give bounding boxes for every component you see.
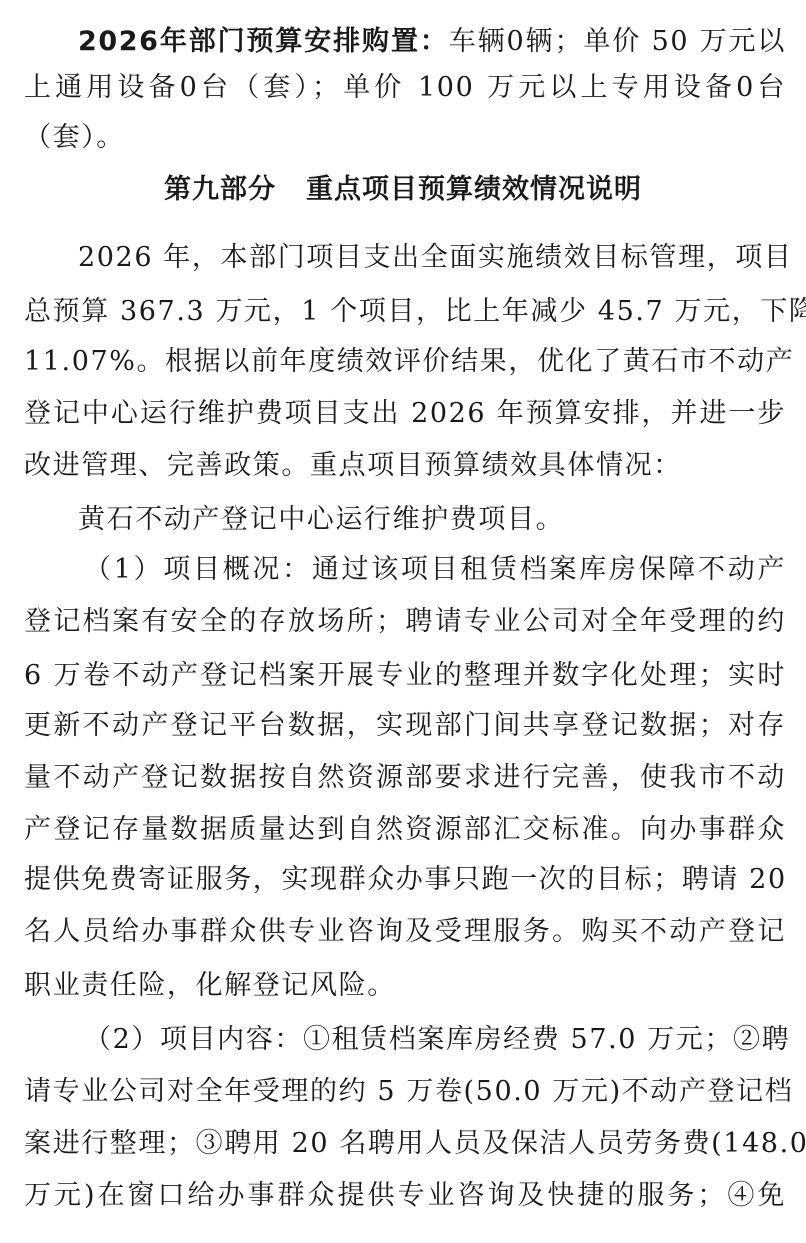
section-heading-part: 第九部分 <box>164 174 276 205</box>
overview-line: 提供免费寄证服务，实现群众办事只跑一次的目标；聘请 20 <box>24 862 786 898</box>
section-heading: 第九部分重点项目预算绩效情况说明 <box>0 172 806 208</box>
section-heading-title: 重点项目预算绩效情况说明 <box>306 174 642 205</box>
purchase-lead-bold: 2026年部门预算安排购置： <box>78 26 449 57</box>
intro-line: 2026 年，本部门项目支出全面实施绩效目标管理，项目 <box>78 240 786 276</box>
intro-line: 总预算 367.3 万元，1 个项目，比上年减少 45.7 万元，下降 <box>24 294 786 330</box>
purchase-line-3: （套）。 <box>24 120 786 156</box>
intro-line: 改进管理、完善政策。重点项目预算绩效具体情况： <box>24 448 786 484</box>
overview-line: 职业责任险，化解登记风险。 <box>24 968 786 1004</box>
overview-line: 名人员给办事群众供专业咨询及受理服务。购买不动产登记 <box>24 914 786 950</box>
overview-line: （1）项目概况：通过该项目租赁档案库房保障不动产 <box>84 552 786 588</box>
overview-line: 6 万卷不动产登记档案开展专业的整理并数字化处理；实时 <box>24 658 786 694</box>
overview-line: 登记档案有安全的存放场所；聘请专业公司对全年受理的约 <box>24 604 786 640</box>
content-line: 请专业公司对全年受理的约 5 万卷(50.0 万元)不动产登记档 <box>24 1074 786 1110</box>
purchase-line-1-text: 车辆0辆；单价 50 万元以 <box>449 26 786 57</box>
overview-line: 更新不动产登记平台数据，实现部门间共享登记数据；对存 <box>24 708 786 744</box>
purchase-line-1: 2026年部门预算安排购置：车辆0辆；单价 50 万元以 <box>78 24 786 60</box>
project-name: 黄石不动产登记中心运行维护费项目。 <box>78 502 786 538</box>
content-line: 案进行整理；③聘用 20 名聘用人员及保洁人员劳务费(148.0 <box>24 1126 786 1162</box>
intro-line: 11.07%。根据以前年度绩效评价结果，优化了黄石市不动产 <box>24 344 786 380</box>
overview-line: 产登记存量数据质量达到自然资源部汇交标准。向办事群众 <box>24 812 786 848</box>
content-line: （2）项目内容：①租赁档案库房经费 57.0 万元；②聘 <box>84 1022 786 1058</box>
purchase-line-2: 上通用设备0台（套）；单价 100 万元以上专用设备0台 <box>24 70 786 106</box>
intro-line: 登记中心运行维护费项目支出 2026 年预算安排，并进一步 <box>24 396 786 432</box>
overview-line: 量不动产登记数据按自然资源部要求进行完善，使我市不动 <box>24 760 786 796</box>
content-line: 万元)在窗口给办事群众提供专业咨询及快捷的服务；④免 <box>24 1178 786 1214</box>
